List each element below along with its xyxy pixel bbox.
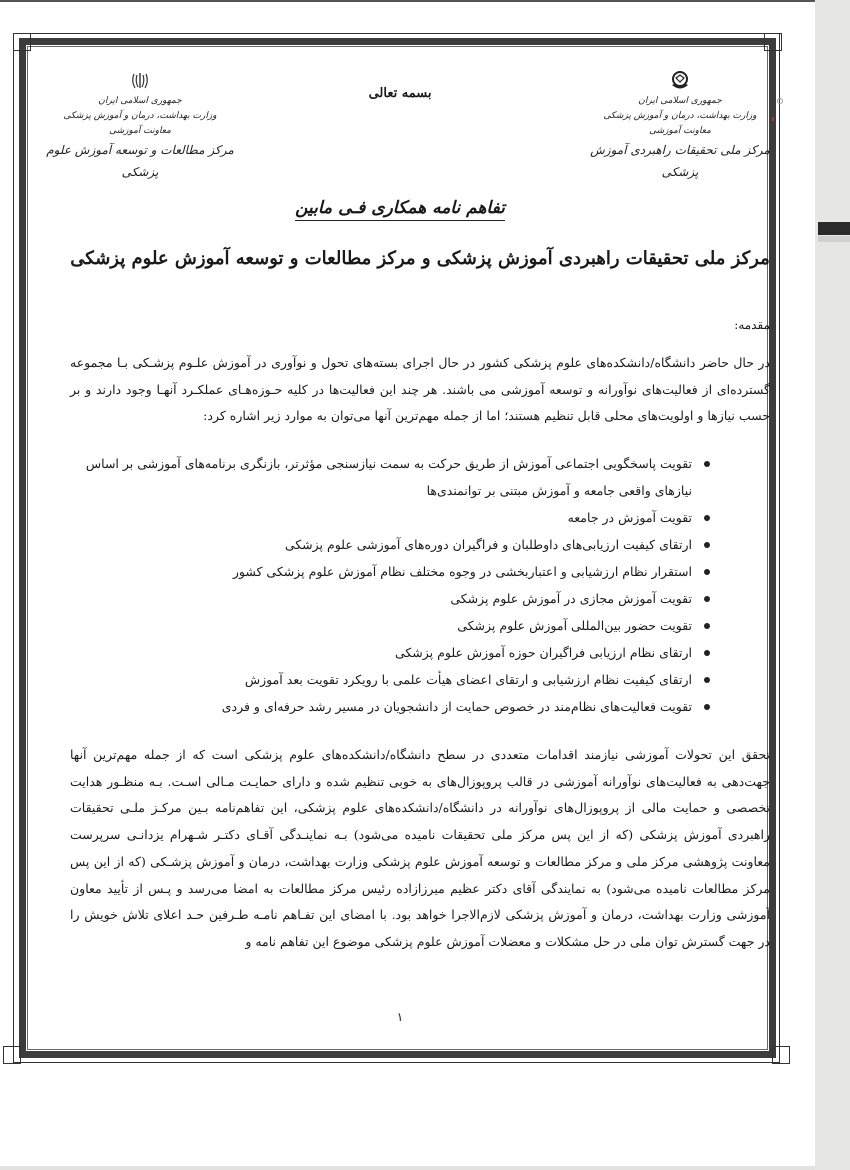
medical-education-emblem-icon	[669, 70, 691, 92]
scan-edge-bottom	[0, 1166, 815, 1170]
list-item: ارتقای کیفیت ارزیابی‌های داوطلبان و فراگ…	[70, 531, 710, 558]
logo-line-center: مرکز ملی تحقیقات راهبردی آموزش پزشکی	[585, 139, 775, 183]
logo-line-deputy: معاونت آموزشی	[585, 124, 775, 139]
frame-corner-bottom-left	[3, 1046, 21, 1064]
logo-studies-development-center: جمهوری اسلامی ایران وزارت بهداشت، درمان …	[45, 70, 235, 183]
list-item: ارتقای نظام ارزیابی فراگیران حوزه آموزش …	[70, 639, 710, 666]
list-item: تقویت فعالیت‌های نظام‌مند در خصوص حمایت …	[70, 693, 710, 720]
list-item: تقویت پاسخگویی اجتماعی آموزش از طریق حرک…	[70, 450, 710, 504]
document-title-text: تفاهم نامه همکاری فـی مابین	[295, 198, 505, 221]
logo-line-center: مرکز مطالعات و توسعه آموزش علوم پزشکی	[45, 139, 235, 183]
logo-line-ministry: وزارت بهداشت، درمان و آموزش پزشکی	[585, 109, 775, 124]
iran-emblem-icon	[129, 70, 151, 92]
scan-edge-top	[0, 0, 850, 2]
list-item: ارتقای کیفیت نظام ارزشیابی و ارتقای اعضا…	[70, 666, 710, 693]
document-title: تفاهم نامه همکاری فـی مابین	[200, 198, 600, 218]
scan-marker-bar	[818, 222, 850, 235]
scan-edge-right	[815, 0, 850, 1170]
frame-corner-bottom-right	[772, 1046, 790, 1064]
intro-paragraph: در حال حاضر دانشگاه/دانشکده‌های علوم پزش…	[70, 350, 770, 430]
list-item: استقرار نظام ارزشیابی و اعتباربخشی در وج…	[70, 558, 710, 585]
letterhead: جمهوری اسلامی ایران وزارت بهداشت، درمان …	[40, 60, 770, 190]
basmala-heading: بسمه تعالی	[330, 86, 470, 101]
logo-line-ministry: وزارت بهداشت، درمان و آموزش پزشکی	[45, 109, 235, 124]
list-item: تقویت آموزش در جامعه	[70, 504, 710, 531]
logo-line-country: جمهوری اسلامی ایران	[45, 94, 235, 109]
list-item: تقویت حضور بین‌المللی آموزش علوم پزشکی	[70, 612, 710, 639]
logo-line-deputy: معاونت آموزشی	[45, 124, 235, 139]
logo-medical-education-center: جمهوری اسلامی ایران وزارت بهداشت، درمان …	[585, 70, 775, 183]
section-heading-introduction: مقدمه:	[600, 318, 770, 332]
frame-corner-top-right	[764, 33, 782, 51]
frame-corner-top-left	[13, 33, 31, 51]
scan-marker-shadow	[818, 236, 850, 242]
objectives-list: تقویت پاسخگویی اجتماعی آموزش از طریق حرک…	[70, 450, 710, 720]
logo-line-country: جمهوری اسلامی ایران	[585, 94, 775, 109]
body-paragraph: تحقق این تحولات آموزشی نیازمند اقدامات م…	[70, 742, 770, 956]
page-number: ۱	[390, 1010, 410, 1024]
list-item: تقویت آموزش مجازی در آموزش علوم پزشکی	[70, 585, 710, 612]
document-subtitle: مرکز ملی تحقیقات راهبردی آموزش پزشکی و م…	[70, 248, 770, 269]
scan-speck	[777, 98, 783, 104]
